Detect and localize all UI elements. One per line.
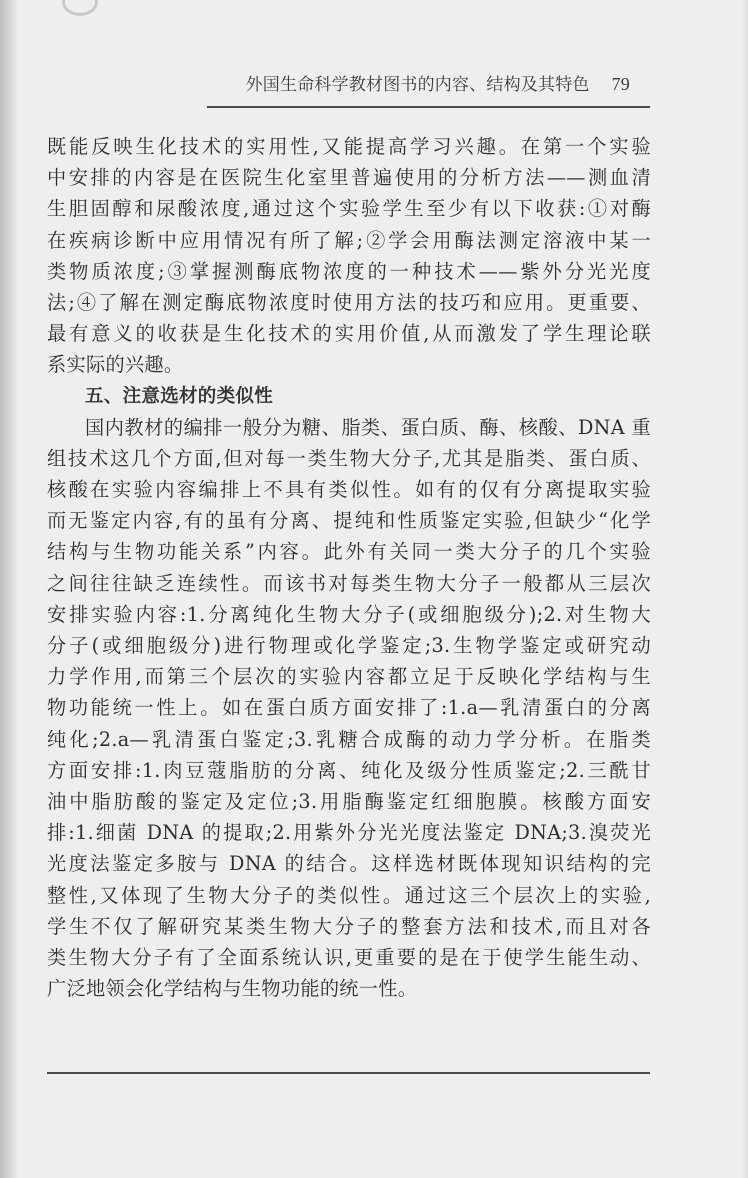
text-line: 纯化;2.a—乳清蛋白鉴定;3.乳糖合成酶的动力学分析。在脂类	[47, 724, 651, 755]
scan-mark	[62, 0, 98, 16]
text-line: 之间往往缺乏连续性。而该书对每类生物大分子一般都从三层次	[47, 568, 651, 599]
text-line: 分子(或细胞级分)进行物理或化学鉴定;3.生物学鉴定或研究动	[47, 630, 651, 661]
text-line: 类生物大分子有了全面系统认识,更重要的是在于使学生能生动、	[47, 942, 651, 973]
text-line: 在疾病诊断中应用情况有所了解;②学会用酶法测定溶液中某一	[47, 225, 651, 256]
text-line: 整性,又体现了生物大分子的类似性。通过这三个层次上的实验,	[47, 880, 651, 911]
text-line: 类物质浓度;③掌握测酶底物浓度的一种技术——紫外分光光度	[47, 256, 651, 287]
text-line: 组技术这几个方面,但对每一类生物大分子,尤其是脂类、蛋白质、	[47, 443, 651, 474]
text-line: 而无鉴定内容,有的虽有分离、提纯和性质鉴定实验,但缺少“化学	[47, 505, 651, 536]
header-rule	[207, 106, 650, 108]
binding-shadow	[0, 0, 18, 1178]
text-line: 光度法鉴定多胺与 DNA 的结合。这样选材既体现知识结构的完	[47, 848, 651, 879]
text-line: 力学作用,而第三个层次的实验内容都立足于反映化学结构与生	[47, 661, 651, 692]
text-line: 中安排的内容是在医院生化室里普遍使用的分析方法——测血清	[47, 162, 651, 193]
running-header: 外国生命科学教材图书的内容、结构及其特色 79	[200, 70, 630, 95]
page-number: 79	[612, 74, 630, 95]
text-line: 最有意义的收获是生化技术的实用价值,从而激发了学生理论联	[47, 318, 651, 349]
page-edge	[742, 0, 748, 1178]
text-line: 核酸在实验内容编排上不具有类似性。如有的仅有分离提取实验	[47, 474, 651, 505]
text-line: 结构与生物功能关系”内容。此外有关同一类大分子的几个实验	[47, 536, 651, 567]
text-line: 法;④了解在测定酶底物浓度时使用方法的技巧和应用。更重要、	[47, 287, 651, 318]
text-line: 方面安排:1.肉豆蔻脂肪的分离、纯化及级分性质鉴定;2.三酰甘	[47, 755, 651, 786]
text-line: 油中脂肪酸的鉴定及定位;3.用脂酶鉴定红细胞膜。核酸方面安	[47, 786, 651, 817]
text-line: 国内教材的编排一般分为糖、脂类、蛋白质、酶、核酸、DNA 重	[47, 412, 651, 443]
text-line: 学生不仅了解研究某类生物大分子的整套方法和技术,而且对各	[47, 911, 651, 942]
header-title: 外国生命科学教材图书的内容、结构及其特色	[246, 70, 590, 95]
text-line: 系实际的兴趣。	[47, 349, 651, 380]
text-line: 广泛地领会化学结构与生物功能的统一性。	[47, 973, 651, 1004]
text-line: 既能反映生化技术的实用性,又能提高学习兴趣。在第一个实验	[47, 131, 651, 162]
body-text: 既能反映生化技术的实用性,又能提高学习兴趣。在第一个实验 中安排的内容是在医院生…	[47, 131, 651, 1004]
text-line: 排:1.细菌 DNA 的提取;2.用紫外分光光度法鉴定 DNA;3.溴荧光	[47, 817, 651, 848]
section-heading: 五、注意选材的类似性	[47, 381, 651, 412]
text-line: 安排实验内容:1.分离纯化生物大分子(或细胞级分);2.对生物大	[47, 599, 651, 630]
text-line: 生胆固醇和尿酸浓度,通过这个实验学生至少有以下收获:①对酶	[47, 193, 651, 224]
footer-rule	[47, 1072, 650, 1074]
text-line: 物功能统一性上。如在蛋白质方面安排了:1.a—乳清蛋白的分离	[47, 692, 651, 723]
